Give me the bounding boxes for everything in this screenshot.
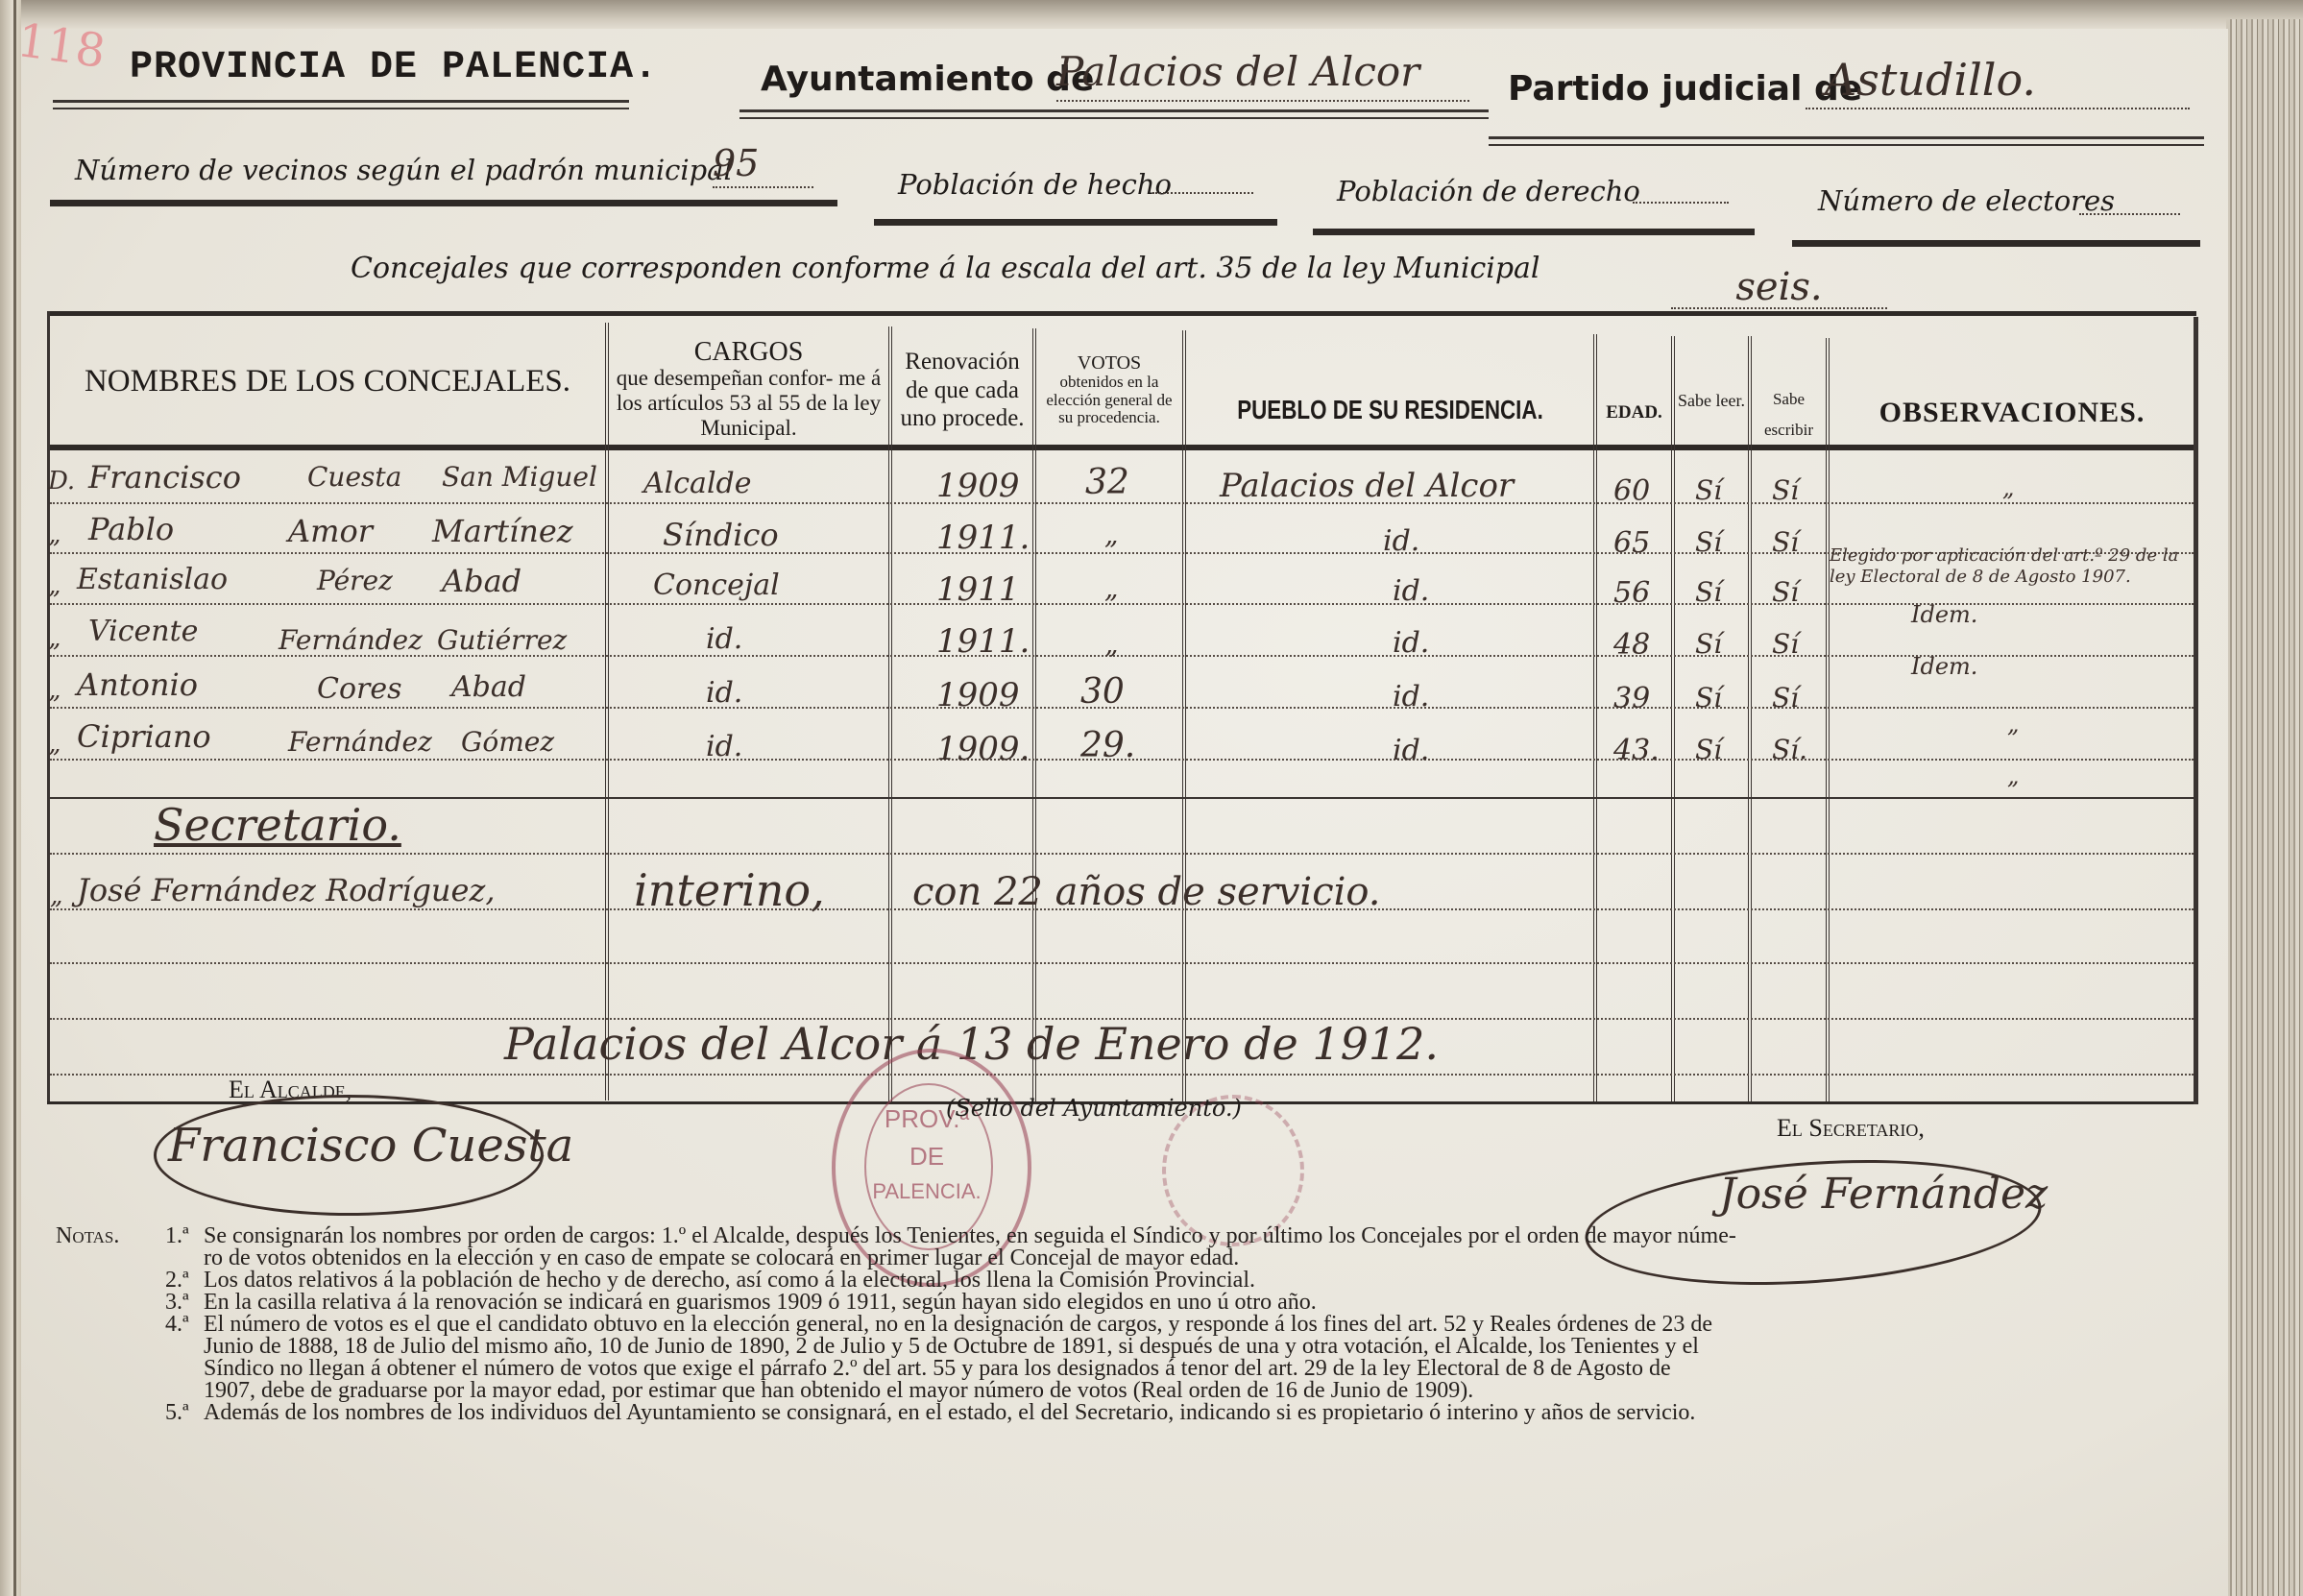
row-surname2: Gutiérrez [437, 624, 567, 656]
row-name: Estanislao [77, 563, 228, 596]
row-escribir: Sí [1772, 526, 1799, 558]
row-edad: 56 [1613, 576, 1650, 610]
row-escribir: Sí [1772, 628, 1799, 660]
table-top-border [47, 311, 2196, 316]
secretario-service: con 22 años de servicio. [912, 870, 1381, 914]
note-item: 2.ªLos datos relativos á la población de… [165, 1270, 2182, 1292]
col-divider [1182, 330, 1186, 1101]
row-surname2: Abad [451, 670, 526, 704]
note-item: 5.ªAdemás de los nombres de los individu… [165, 1402, 2182, 1424]
ayuntamiento-value: Palacios del Alcor [1056, 48, 1469, 102]
note-line: Junio de 1888, 18 de Julio del mismo año… [165, 1336, 2182, 1358]
row-renovacion: 1911. [936, 519, 1030, 557]
electores-label: Número de electores [1818, 184, 2115, 217]
th-cargos-sub: que desempeñan confor- me á los artículo… [609, 366, 888, 440]
divider [1313, 229, 1755, 235]
secretario-status: interino, [634, 864, 825, 916]
row-line [50, 853, 2194, 855]
row-pueblo: id. [1393, 680, 1429, 713]
row-renovacion: 1911 [936, 570, 1020, 609]
row-leer: Sí [1695, 526, 1722, 558]
col-divider [1671, 336, 1675, 1101]
row-prefix: „ [48, 624, 61, 653]
col-divider [1826, 338, 1830, 1101]
row-surname2: Martínez [432, 513, 573, 549]
vecinos-value: 95 [713, 142, 813, 188]
concejales-label: Concejales que corresponden conforme á l… [351, 252, 1540, 285]
row-escribir: Sí [1772, 576, 1799, 608]
row-prefix: „ [48, 520, 61, 549]
hecho-label: Población de hecho [898, 168, 1172, 201]
vecinos-label: Número de vecinos según el padrón munici… [75, 154, 733, 186]
row-edad: 43. [1613, 734, 1660, 767]
row-observaciones: Idem. [1911, 653, 1977, 680]
row-escribir: Sí. [1772, 734, 1807, 765]
row-name: Pablo [88, 511, 174, 547]
secretario-name: José Fernández Rodríguez, [77, 872, 496, 908]
electores-value [2079, 213, 2180, 215]
row-observaciones: „ [2007, 762, 2019, 789]
note-line: 1907, debe de graduarse por la mayor eda… [165, 1380, 2182, 1402]
divider [50, 200, 837, 206]
row-surname1: Amor [288, 513, 373, 549]
row-renovacion: 1909 [936, 467, 1020, 505]
note-line: Síndico no llegan á obtener el número de… [165, 1358, 2182, 1380]
row-observaciones: „ [2007, 711, 2019, 738]
th-nombres: NOMBRES DE LOS CONCEJALES. [50, 365, 605, 399]
book-top-edge [0, 0, 2303, 31]
row-renovacion: 1909. [936, 730, 1030, 768]
col-divider [1748, 336, 1752, 1101]
row-pueblo: Palacios del Alcor [1220, 467, 1514, 505]
row-votos: „ [1104, 572, 1119, 604]
row-escribir: Sí [1772, 682, 1799, 713]
seal-label: (Sello del Ayuntamiento.) [946, 1095, 1242, 1122]
row-pueblo: id. [1393, 626, 1429, 660]
row-surname2: Gómez [461, 726, 554, 758]
row-edad: 39 [1613, 682, 1650, 715]
col-divider [1032, 328, 1036, 1101]
alcalde-signature: Francisco Cuesta [168, 1119, 573, 1173]
row-prefix: „ [48, 571, 61, 600]
row-prefix: „ [48, 676, 61, 705]
row-prefix: D. [48, 467, 75, 496]
row-pueblo: id. [1383, 524, 1419, 558]
note-item: 3.ªEn la casilla relativa á la renovació… [165, 1292, 2182, 1314]
row-cargo: Concejal [653, 568, 780, 602]
th-votos-title: VOTOS [1039, 353, 1179, 374]
book-page-edges [2226, 19, 2303, 1596]
row-edad: 48 [1613, 628, 1650, 662]
row-escribir: Sí [1772, 474, 1799, 506]
table-header-border [47, 445, 2196, 450]
th-pueblo: PUEBLO DE SU RESIDENCIA. [1227, 396, 1552, 423]
th-votos: VOTOS obtenidos en la elección general d… [1039, 353, 1179, 427]
note-line: ro de votos obtenidos en la elección y e… [165, 1247, 2182, 1270]
notes-list: 1.ªSe consignarán los nombres por orden … [165, 1225, 2182, 1424]
partido-value: Astudillo. [1806, 54, 2190, 109]
secretario-label: El Secretario, [1777, 1114, 1925, 1143]
row-leer: Sí [1695, 682, 1722, 713]
row-name: Francisco [88, 459, 241, 496]
row-surname1: Pérez [317, 565, 393, 596]
secretario-signature: José Fernández [1719, 1170, 2048, 1219]
th-escribir: Sabe escribir [1752, 384, 1826, 447]
row-edad: 60 [1613, 474, 1650, 508]
row-surname2: Abad [442, 563, 521, 599]
divider [739, 109, 1489, 119]
row-name: Vicente [88, 615, 198, 648]
row-cargo: Alcalde [643, 467, 752, 500]
row-leer: Sí [1695, 576, 1722, 608]
row-surname1: Cuesta [307, 461, 401, 493]
row-line [50, 962, 2194, 964]
derecho-value [1633, 202, 1729, 204]
secretario-heading: Secretario. [154, 799, 401, 851]
row-votos: 29. [1080, 726, 1135, 765]
th-cargos: CARGOS que desempeñan confor- me á los a… [609, 338, 888, 441]
book-spine [0, 0, 21, 1596]
divider [874, 219, 1277, 226]
row-leer: Sí [1695, 734, 1722, 765]
row-line [50, 1074, 2194, 1076]
row-votos: 30 [1080, 672, 1125, 712]
row-line [50, 603, 2194, 605]
th-votos-sub: obtenidos en la elección general de su p… [1039, 374, 1179, 427]
row-surname1: Cores [317, 672, 402, 706]
row-renovacion: 1909 [936, 676, 1020, 714]
concejales-value: seis. [1671, 265, 1887, 309]
col-divider [1593, 334, 1597, 1101]
th-observaciones: OBSERVACIONES. [1830, 398, 2194, 428]
row-pueblo: id. [1393, 574, 1429, 608]
row-name: Cipriano [77, 718, 211, 755]
col-divider [888, 326, 892, 1101]
th-edad: EDAD. [1597, 403, 1671, 423]
row-observaciones: Idem. [1911, 601, 1977, 628]
row-edad: 65 [1613, 526, 1650, 560]
row-prefix: „ [48, 730, 61, 759]
divider [1489, 136, 2204, 146]
row-line [50, 502, 2194, 504]
row-renovacion: 1911. [936, 622, 1030, 661]
note-item: 4.ªEl número de votos es el que el candi… [165, 1314, 2182, 1336]
row-votos: 32 [1085, 463, 1129, 502]
row-cargo: id. [706, 622, 742, 656]
th-renovacion: Renovación de que cada uno procede. [895, 348, 1030, 433]
row-prefix: „ [50, 882, 62, 910]
row-surname2: San Miguel [442, 461, 597, 493]
row-surname1: Fernández [288, 726, 432, 758]
table-right-border [2194, 317, 2198, 1104]
row-observaciones: „ [2002, 474, 2014, 501]
row-votos: „ [1104, 628, 1119, 660]
th-cargos-title: CARGOS [609, 338, 888, 366]
row-leer: Sí [1695, 628, 1722, 660]
row-surname1: Fernández [279, 624, 423, 656]
province-title: PROVINCIA DE PALENCIA. [130, 46, 658, 89]
hecho-value [1152, 192, 1253, 194]
row-leer: Sí [1695, 474, 1722, 506]
divider [53, 100, 629, 109]
row-pueblo: id. [1393, 734, 1429, 767]
th-leer: Sabe leer. [1675, 384, 1748, 417]
row-cargo: id. [706, 676, 742, 710]
row-name: Antonio [77, 666, 198, 703]
note-item: 1.ªSe consignarán los nombres por orden … [165, 1225, 2182, 1247]
notes-title: Notas. [56, 1225, 119, 1247]
row-cargo: Síndico [663, 517, 779, 553]
row-cargo: id. [706, 730, 742, 763]
divider [1792, 240, 2200, 247]
row-observaciones: Elegido por aplicación del art.º 29 de l… [1830, 545, 2193, 588]
row-votos: „ [1104, 519, 1119, 550]
derecho-label: Población de derecho [1337, 175, 1640, 207]
ayuntamiento-label: Ayuntamiento de [761, 60, 1094, 99]
